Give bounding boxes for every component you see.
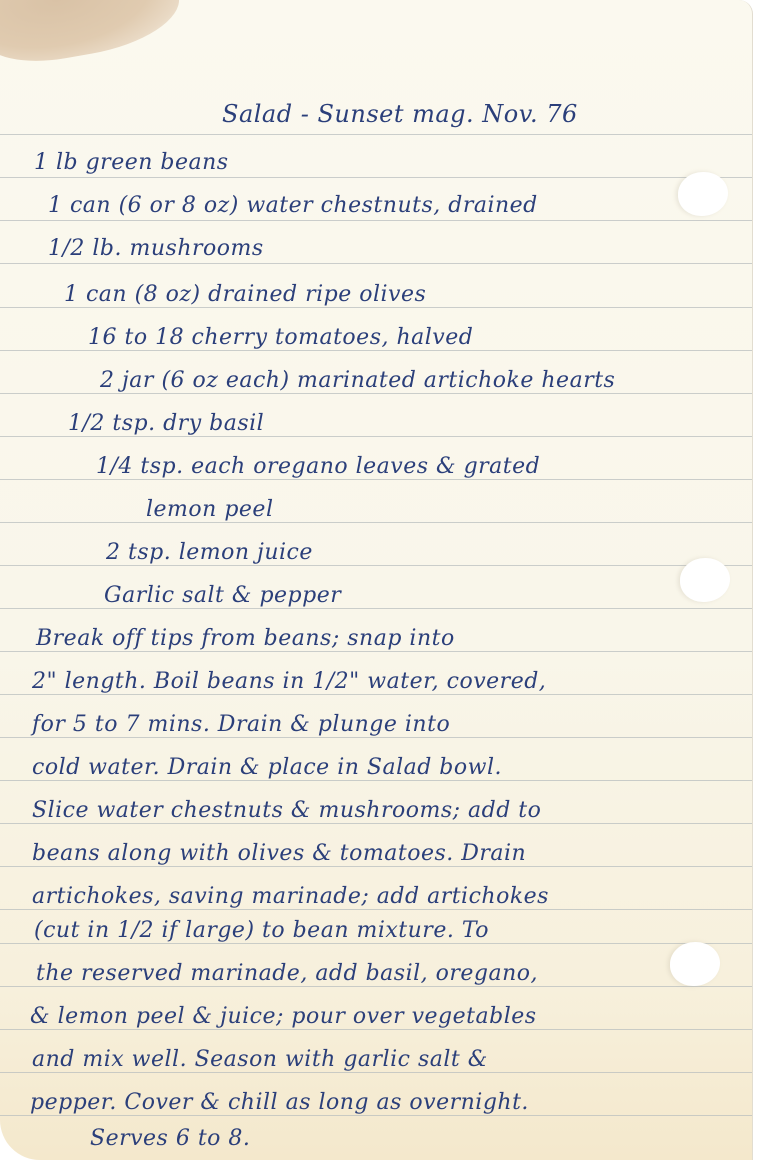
ruled-line	[0, 608, 752, 609]
ingredient-line: 16 to 18 cherry tomatoes, halved	[88, 325, 473, 350]
direction-line: (cut in 1/2 if large) to bean mixture. T…	[34, 918, 489, 943]
ruled-line	[0, 651, 752, 652]
ingredient-line: Garlic salt & pepper	[104, 583, 341, 608]
ruled-line	[0, 220, 752, 221]
ingredient-line: lemon peel	[146, 497, 273, 522]
ruled-line	[0, 986, 752, 987]
ingredient-line: 2 jar (6 oz each) marinated artichoke he…	[100, 368, 615, 393]
direction-line: 2" length. Boil beans in 1/2" water, cov…	[32, 669, 546, 694]
direction-line: the reserved marinade, add basil, oregan…	[36, 961, 538, 986]
ingredient-line: 1 lb green beans	[34, 150, 229, 175]
ingredient-line: 1 can (6 or 8 oz) water chestnuts, drain…	[48, 193, 538, 218]
serves-line: Serves 6 to 8.	[90, 1126, 250, 1151]
direction-line: artichokes, saving marinade; add articho…	[32, 884, 549, 909]
ingredient-line: 2 tsp. lemon juice	[106, 540, 313, 565]
direction-line: Slice water chestnuts & mushrooms; add t…	[32, 798, 541, 823]
direction-line: & lemon peel & juice; pour over vegetabl…	[30, 1004, 537, 1029]
ruled-line	[0, 479, 752, 480]
ruled-line	[0, 522, 752, 523]
ruled-line	[0, 780, 752, 781]
ruled-line	[0, 134, 752, 135]
recipe-card: Salad - Sunset mag. Nov. 76 1 lb green b…	[0, 0, 753, 1160]
punched-hole	[678, 172, 728, 216]
ruled-line	[0, 823, 752, 824]
recipe-title: Salad - Sunset mag. Nov. 76	[222, 100, 578, 128]
punched-hole	[670, 942, 720, 986]
direction-line: beans along with olives & tomatoes. Drai…	[32, 841, 526, 866]
direction-line: and mix well. Season with garlic salt &	[32, 1047, 488, 1072]
ruled-line	[0, 565, 752, 566]
ruled-line	[0, 737, 752, 738]
ruled-line	[0, 1072, 752, 1073]
direction-line: cold water. Drain & place in Salad bowl.	[32, 755, 502, 780]
ingredient-line: 1/4 tsp. each oregano leaves & grated	[96, 454, 540, 479]
ruled-line	[0, 350, 752, 351]
ruled-line	[0, 436, 752, 437]
ruled-line	[0, 1029, 752, 1030]
ingredient-line: 1 can (8 oz) drained ripe olives	[64, 282, 426, 307]
ruled-line	[0, 307, 752, 308]
ruled-line	[0, 1115, 752, 1116]
ruled-line	[0, 694, 752, 695]
ruled-line	[0, 866, 752, 867]
direction-line: pepper. Cover & chill as long as overnig…	[30, 1090, 529, 1115]
ruled-line	[0, 263, 752, 264]
ruled-line	[0, 909, 752, 910]
ruled-line	[0, 943, 752, 944]
ingredient-line: 1/2 lb. mushrooms	[48, 236, 264, 261]
direction-line: Break off tips from beans; snap into	[36, 626, 455, 651]
ingredient-line: 1/2 tsp. dry basil	[68, 411, 264, 436]
water-stain	[0, 0, 186, 72]
ruled-line	[0, 393, 752, 394]
ruled-line	[0, 177, 752, 178]
punched-hole	[680, 558, 730, 602]
direction-line: for 5 to 7 mins. Drain & plunge into	[32, 712, 450, 737]
